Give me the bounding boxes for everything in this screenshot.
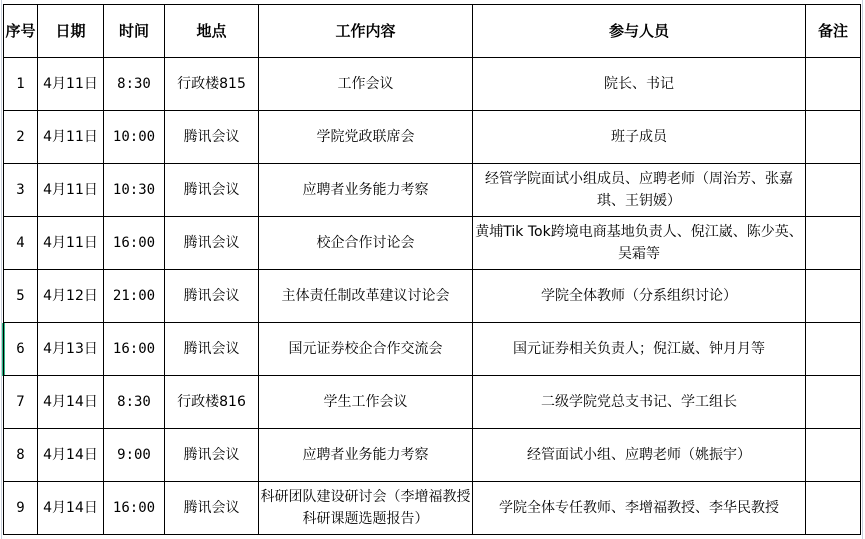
cell-date[interactable]: 4月14日	[38, 429, 104, 482]
cell-date[interactable]: 4月14日	[38, 482, 104, 535]
cell-no[interactable]: 4	[4, 217, 38, 270]
cell-time[interactable]: 8:30	[104, 58, 165, 111]
cell-participants[interactable]: 院长、书记	[473, 58, 806, 111]
cell-note[interactable]	[806, 217, 861, 270]
cell-content[interactable]: 校企合作讨论会	[259, 217, 473, 270]
cell-content[interactable]: 应聘者业务能力考察	[259, 164, 473, 217]
header-place[interactable]: 地点	[165, 5, 259, 58]
table-row: 7 4月14日 8:30 行政楼816 学生工作会议 二级学院党总支书记、学工组…	[4, 376, 861, 429]
cell-time[interactable]: 16:00	[104, 323, 165, 376]
cell-participants[interactable]: 国元证券相关负责人；倪江崴、钟月月等	[473, 323, 806, 376]
cell-date[interactable]: 4月11日	[38, 111, 104, 164]
cell-no[interactable]: 3	[4, 164, 38, 217]
cell-note[interactable]	[806, 58, 861, 111]
cell-place[interactable]: 行政楼816	[165, 376, 259, 429]
cell-date[interactable]: 4月11日	[38, 217, 104, 270]
header-no[interactable]: 序号	[4, 5, 38, 58]
cell-participants[interactable]: 二级学院党总支书记、学工组长	[473, 376, 806, 429]
cell-place[interactable]: 腾讯会议	[165, 164, 259, 217]
cell-place[interactable]: 行政楼815	[165, 58, 259, 111]
cell-content[interactable]: 工作会议	[259, 58, 473, 111]
cell-time[interactable]: 21:00	[104, 270, 165, 323]
sheet-gridline-right	[862, 0, 863, 539]
table-row: 1 4月11日 8:30 行政楼815 工作会议 院长、书记	[4, 58, 861, 111]
table-row: 9 4月14日 16:00 腾讯会议 科研团队建设研讨会（李增福教授科研课题选题…	[4, 482, 861, 535]
table-row: 6 4月13日 16:00 腾讯会议 国元证券校企合作交流会 国元证券相关负责人…	[4, 323, 861, 376]
cell-note[interactable]	[806, 376, 861, 429]
cell-time[interactable]: 16:00	[104, 217, 165, 270]
cell-date[interactable]: 4月11日	[38, 58, 104, 111]
cell-place[interactable]: 腾讯会议	[165, 217, 259, 270]
cell-time[interactable]: 10:00	[104, 111, 165, 164]
cell-no[interactable]: 6	[4, 323, 38, 376]
header-time[interactable]: 时间	[104, 5, 165, 58]
cell-content[interactable]: 应聘者业务能力考察	[259, 429, 473, 482]
table-row: 8 4月14日 9:00 腾讯会议 应聘者业务能力考察 经管面试小组、应聘老师（…	[4, 429, 861, 482]
cell-participants[interactable]: 学院全体专任教师、李增福教授、李华民教授	[473, 482, 806, 535]
cell-note[interactable]	[806, 323, 861, 376]
header-participants[interactable]: 参与人员	[473, 5, 806, 58]
cell-content[interactable]: 国元证券校企合作交流会	[259, 323, 473, 376]
cell-time[interactable]: 16:00	[104, 482, 165, 535]
cell-date[interactable]: 4月11日	[38, 164, 104, 217]
header-note[interactable]: 备注	[806, 5, 861, 58]
cell-place[interactable]: 腾讯会议	[165, 429, 259, 482]
table-row: 5 4月12日 21:00 腾讯会议 主体责任制改革建议讨论会 学院全体教师（分…	[4, 270, 861, 323]
cell-content[interactable]: 学生工作会议	[259, 376, 473, 429]
cell-place[interactable]: 腾讯会议	[165, 482, 259, 535]
cell-note[interactable]	[806, 482, 861, 535]
cell-no[interactable]: 8	[4, 429, 38, 482]
cell-no[interactable]: 1	[4, 58, 38, 111]
cell-content[interactable]: 学院党政联席会	[259, 111, 473, 164]
table-row: 2 4月11日 10:00 腾讯会议 学院党政联席会 班子成员	[4, 111, 861, 164]
cell-time[interactable]: 9:00	[104, 429, 165, 482]
cell-date[interactable]: 4月13日	[38, 323, 104, 376]
cell-place[interactable]: 腾讯会议	[165, 111, 259, 164]
cell-note[interactable]	[806, 164, 861, 217]
cell-no[interactable]: 9	[4, 482, 38, 535]
cell-time[interactable]: 8:30	[104, 376, 165, 429]
header-row: 序号 日期 时间 地点 工作内容 参与人员 备注	[4, 5, 861, 58]
cell-content[interactable]: 主体责任制改革建议讨论会	[259, 270, 473, 323]
cell-participants[interactable]: 经管面试小组、应聘老师（姚振宇）	[473, 429, 806, 482]
table-row: 3 4月11日 10:30 腾讯会议 应聘者业务能力考察 经管学院面试小组成员、…	[4, 164, 861, 217]
cell-participants[interactable]: 学院全体教师（分系组织讨论）	[473, 270, 806, 323]
schedule-table: 序号 日期 时间 地点 工作内容 参与人员 备注 1 4月11日 8:30 行政…	[3, 4, 861, 535]
cell-no[interactable]: 2	[4, 111, 38, 164]
cell-place[interactable]: 腾讯会议	[165, 270, 259, 323]
cell-place[interactable]: 腾讯会议	[165, 323, 259, 376]
header-date[interactable]: 日期	[38, 5, 104, 58]
cell-note[interactable]	[806, 270, 861, 323]
cell-content[interactable]: 科研团队建设研讨会（李增福教授科研课题选题报告）	[259, 482, 473, 535]
cell-time[interactable]: 10:30	[104, 164, 165, 217]
cell-note[interactable]	[806, 111, 861, 164]
cell-no[interactable]: 7	[4, 376, 38, 429]
cell-date[interactable]: 4月14日	[38, 376, 104, 429]
cell-date[interactable]: 4月12日	[38, 270, 104, 323]
table-row: 4 4月11日 16:00 腾讯会议 校企合作讨论会 黄埔Tik Tok跨境电商…	[4, 217, 861, 270]
cell-note[interactable]	[806, 429, 861, 482]
cell-no[interactable]: 5	[4, 270, 38, 323]
sheet-gridline-left	[1, 0, 2, 539]
cell-participants[interactable]: 黄埔Tik Tok跨境电商基地负责人、倪江崴、陈少英、吴霜等	[473, 217, 806, 270]
header-content[interactable]: 工作内容	[259, 5, 473, 58]
cell-participants[interactable]: 班子成员	[473, 111, 806, 164]
cell-participants[interactable]: 经管学院面试小组成员、应聘老师（周治芳、张嘉琪、王钥媛）	[473, 164, 806, 217]
